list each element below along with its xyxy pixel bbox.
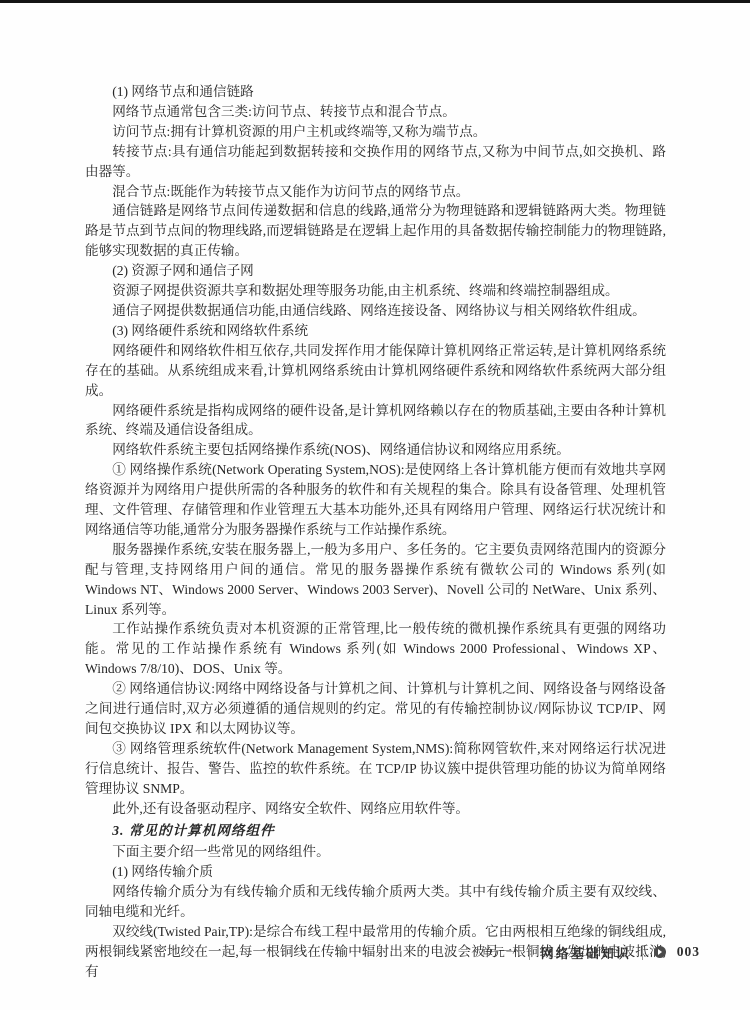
- play-triangle-icon: [658, 949, 662, 955]
- paragraph: (1) 网络传输介质: [85, 862, 666, 882]
- paragraph: (2) 资源子网和通信子网: [85, 261, 666, 281]
- page-footer: 单元一 网络基础知识 003: [482, 943, 700, 961]
- section-title: 网络基础知识: [541, 943, 631, 962]
- paragraph: 转接节点:具有通信功能起到数据转接和交换作用的网络节点,又称为中间节点,如交换机…: [85, 142, 666, 182]
- paragraph: 网络传输介质分为有线传输介质和无线传输介质两大类。其中有线传输介质主要有双绞线、…: [85, 882, 666, 922]
- footer-divider: [529, 945, 530, 960]
- paragraph: (3) 网络硬件系统和网络软件系统: [85, 321, 666, 341]
- body-paragraphs: (1) 网络节点和通信链路网络节点通常包含三类:访问节点、转接节点和混合节点。访…: [85, 82, 666, 982]
- section-heading: 3. 常见的计算机网络组件: [85, 821, 666, 841]
- paragraph: 通信链路是网络节点间传递数据和信息的线路,通常分为物理链路和逻辑链路两大类。物理…: [85, 201, 666, 261]
- book-page: (1) 网络节点和通信链路网络节点通常包含三类:访问节点、转接节点和混合节点。访…: [0, 0, 750, 1010]
- paragraph: 网络硬件和网络软件相互依存,共同发挥作用才能保障计算机网络正常运转,是计算机网络…: [85, 341, 666, 401]
- paragraph: 混合节点:既能作为转接节点又能作为访问节点的网络节点。: [85, 182, 666, 202]
- paragraph: ③ 网络管理系统软件(Network Management System,NMS…: [85, 739, 666, 799]
- paragraph: 此外,还有设备驱动程序、网络安全软件、网络应用软件等。: [85, 799, 666, 819]
- unit-label: 单元一: [482, 944, 518, 960]
- paragraph: ① 网络操作系统(Network Operating System,NOS):是…: [85, 460, 666, 540]
- page-top-edge: [0, 0, 750, 3]
- paragraph: 网络软件系统主要包括网络操作系统(NOS)、网络通信协议和网络应用系统。: [85, 440, 666, 460]
- paragraph: 工作站操作系统负责对本机资源的正常管理,比一般传统的微机操作系统具有更强的网络功…: [85, 619, 666, 679]
- paragraph: (1) 网络节点和通信链路: [85, 82, 666, 102]
- footer-divider: [642, 945, 643, 960]
- paragraph: 服务器操作系统,安装在服务器上,一般为多用户、多任务的。它主要负责网络范围内的资…: [85, 540, 666, 620]
- paragraph: 网络硬件系统是指构成网络的硬件设备,是计算机网络赖以存在的物质基础,主要由各种计…: [85, 401, 666, 441]
- paragraph: 访问节点:拥有计算机资源的用户主机或终端等,又称为端节点。: [85, 122, 666, 142]
- page-number: 003: [677, 944, 700, 960]
- paragraph: 通信子网提供数据通信功能,由通信线路、网络连接设备、网络协议与相关网络软件组成。: [85, 301, 666, 321]
- paragraph: 网络节点通常包含三类:访问节点、转接节点和混合节点。: [85, 102, 666, 122]
- paragraph: 资源子网提供资源共享和数据处理等服务功能,由主机系统、终端和终端控制器组成。: [85, 281, 666, 301]
- paragraph: 下面主要介绍一些常见的网络组件。: [85, 842, 666, 862]
- paragraph: ② 网络通信协议:网络中网络设备与计算机之间、计算机与计算机之间、网络设备与网络…: [85, 679, 666, 739]
- play-circle-icon: [654, 946, 666, 958]
